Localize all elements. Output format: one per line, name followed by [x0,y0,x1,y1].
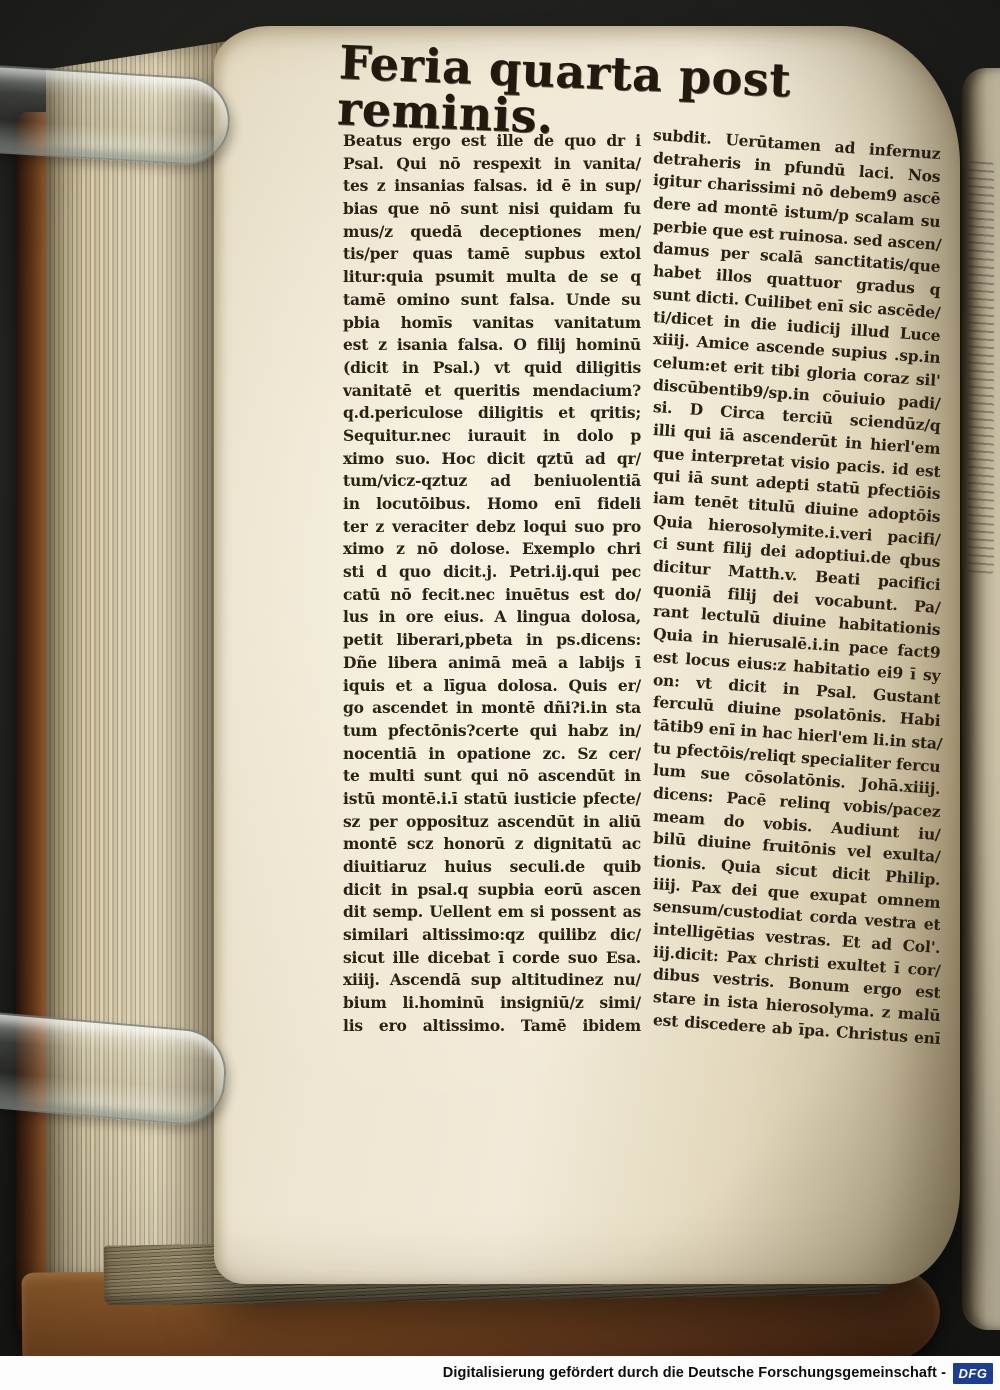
text-line: sicut ille dicebat ī corde suo Esa. [343,947,641,970]
text-line: petit liberari,pbeta in ps.dicens: [343,629,641,652]
facing-page-edge [962,68,1000,1330]
text-line: litur:quia psumit multa de se q [343,266,641,289]
text-line: similari altissimo:qz quilibz dic/ [343,924,641,947]
text-line: dicit in psal.q supbia eorū ascen [343,879,641,902]
text-line: (dicit in Psal.) vt quid diligitis [343,357,641,380]
text-line: lus in ore eius. A lingua dolosa, [343,606,641,629]
text-line: go ascendet in montē dñi?i.in sta [343,697,641,720]
text-line: te multi sunt qui nō ascendūt in [343,765,641,788]
text-line: Beatus ergo est ille de quo dr i [343,130,641,153]
text-line: sz per opposituz ascendūt in aliū [343,811,641,834]
text-line: est z isania falsa. O filij hominū [343,334,641,357]
text-line: lis ero altissimo. Tamē ibidem [343,1015,641,1038]
text-line: xiiij. Ascendā sup altitudinez nu/ [343,969,641,992]
text-line: diuitiaruz huius seculi.de quib [343,856,641,879]
text-column-right: subdit. Uerūtamen ad infernuzdetraheris … [653,124,941,1032]
text-line: ter z veraciter debz loqui suo pro [343,516,641,539]
text-line: tis/per quas tamē supbus extol [343,243,641,266]
glass-page-holder-top [0,65,232,168]
text-line: vanitatē et queritis mendacium? [343,380,641,403]
text-line: tamē omino sunt falsa. Unde su [343,289,641,312]
text-line: tes z insanias falsas. id ē in sup/ [343,175,641,198]
text-line: tum/vicz-qztuz ad beniuolentiā [343,470,641,493]
text-line: istū montē.i.ī statū iusticie pfecte/ [343,788,641,811]
text-line: Dñe libera animā meā a labijs ī [343,652,641,675]
text-line: Sequitur.nec iurauit in dolo p [343,425,641,448]
digitization-credit-bar: Digitalisierung gefördert durch die Deut… [0,1356,1000,1390]
book-scan-photo: Feria quarta post reminis. Beatus ergo e… [0,0,1000,1390]
facing-page-text-bleed [968,158,994,578]
text-line: in locutōibus. Homo enī fideli [343,493,641,516]
text-column-left: Beatus ergo est ille de quo dr iPsal. Qu… [343,130,641,1038]
text-line: pbia homīs vanitas vanitatum [343,312,641,335]
text-line: sti d quo dicit.j. Petri.ij.qui pec [343,561,641,584]
dfg-logo: DFG [953,1363,993,1384]
text-line: Psal. Qui nō respexit in vanita/ [343,153,641,176]
page-stack-fore-edge [46,36,228,1326]
text-line: ximo suo. Hoc dicit qztū ad qr/ [343,448,641,471]
text-line: mus/z quedā deceptiones men/ [343,221,641,244]
text-line: nocentiā in opatione zc. Sz cer/ [343,743,641,766]
text-line: q.d.periculose diligitis et qritis; [343,402,641,425]
text-line: ximo z nō dolose. Exemplo chri [343,538,641,561]
text-line: bium li.hominū insigniū/z simi/ [343,992,641,1015]
text-line: bias que nō sunt nisi quidam fu [343,198,641,221]
credit-text: Digitalisierung gefördert durch die Deut… [443,1365,946,1381]
text-line: iquis et a līgua dolosa. Quis er/ [343,675,641,698]
text-line: tum pfectōnis?certe qui habz in/ [343,720,641,743]
text-line: dit semp. Uellent em si possent as [343,901,641,924]
text-line: montē scz honorū z dignitatū ac [343,833,641,856]
text-line: catū nō fecit.nec inuētus est do/ [343,584,641,607]
